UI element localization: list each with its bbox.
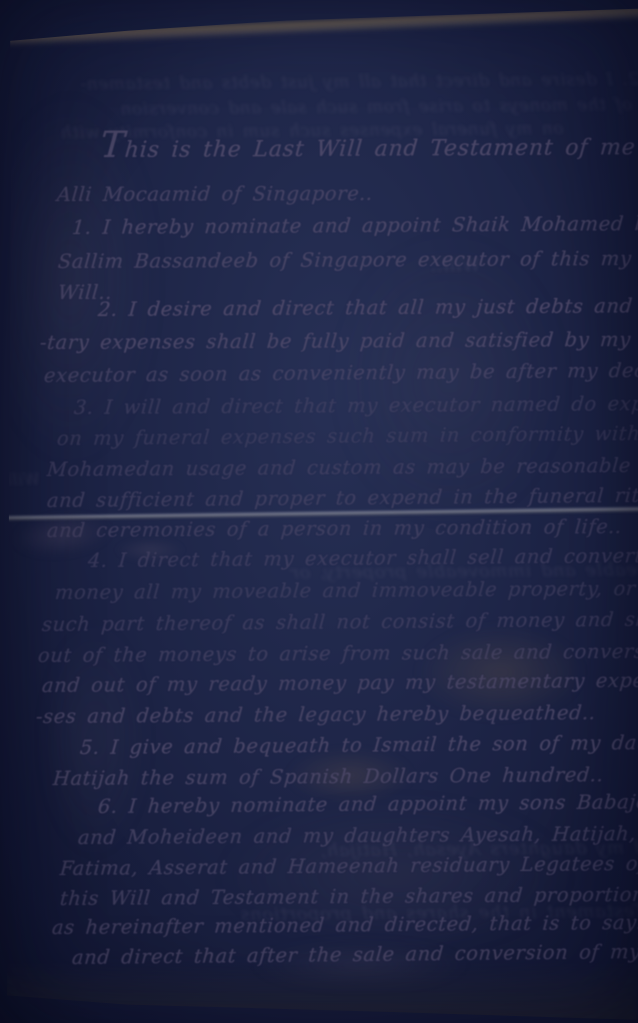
manuscript-line: 5. I give and bequeath to Ismail the son… — [79, 731, 638, 759]
manuscript-line: -tary expenses shall be fully paid and s… — [39, 328, 632, 354]
manuscript-line: such part thereof as shall not consist o… — [41, 607, 638, 636]
manuscript-line: 6. I hereby nominate and appoint my sons… — [97, 790, 638, 818]
manuscript-line: as hereinafter mentioned and directed, t… — [51, 910, 638, 939]
manuscript-line: Sallim Bassandeeb of Singapore executor … — [57, 247, 633, 273]
manuscript-line: 3. I will and direct that my executor na… — [73, 392, 638, 419]
photo-frame: 2. I desire and direct that all my just … — [0, 0, 638, 1023]
manuscript-line: Fatima, Asserat and Hameenah residuary L… — [59, 852, 638, 880]
manuscript-line: and ceremonies of a person in my conditi… — [46, 515, 623, 542]
manuscript-line: and Moheideen and my daughters Ayesah, H… — [77, 822, 637, 849]
manuscript-line: 1. I hereby nominate and appoint Shaik M… — [71, 212, 638, 239]
manuscript-page: 2. I desire and direct that all my just … — [0, 0, 638, 1023]
handwriting-layer: This is the Last Will and Testament of m… — [0, 0, 638, 1023]
manuscript-line: -ses and debts and the legacy hereby beq… — [35, 701, 597, 728]
manuscript-line: out of the moneys to arise from such sal… — [37, 640, 638, 667]
manuscript-line: Mohamedan usage and custom as may be rea… — [46, 454, 638, 481]
manuscript-line: Alli Mocaamid of Singapore.. — [56, 182, 374, 206]
manuscript-line: Hatijah the sum of Spanish Dollars One h… — [52, 763, 605, 790]
paper-bottom-shadow — [0, 963, 638, 1023]
manuscript-line: executor as soon as conveniently may be … — [43, 358, 638, 387]
manuscript-line: This is the Last Will and Testament of m… — [99, 135, 638, 163]
manuscript-line: 2. I desire and direct that all my just … — [97, 293, 638, 321]
manuscript-line: 4. I direct that my executor shall sell … — [87, 544, 638, 572]
manuscript-line: on my funeral expenses such sum in confo… — [56, 422, 638, 450]
manuscript-line: money all my moveable and immoveable pro… — [54, 577, 637, 604]
manuscript-line: and sufficient and proper to expend in t… — [46, 484, 638, 512]
manuscript-line: and out of my ready money pay my testame… — [41, 669, 638, 697]
manuscript-line: this Will and Testament in the shares an… — [59, 883, 638, 910]
